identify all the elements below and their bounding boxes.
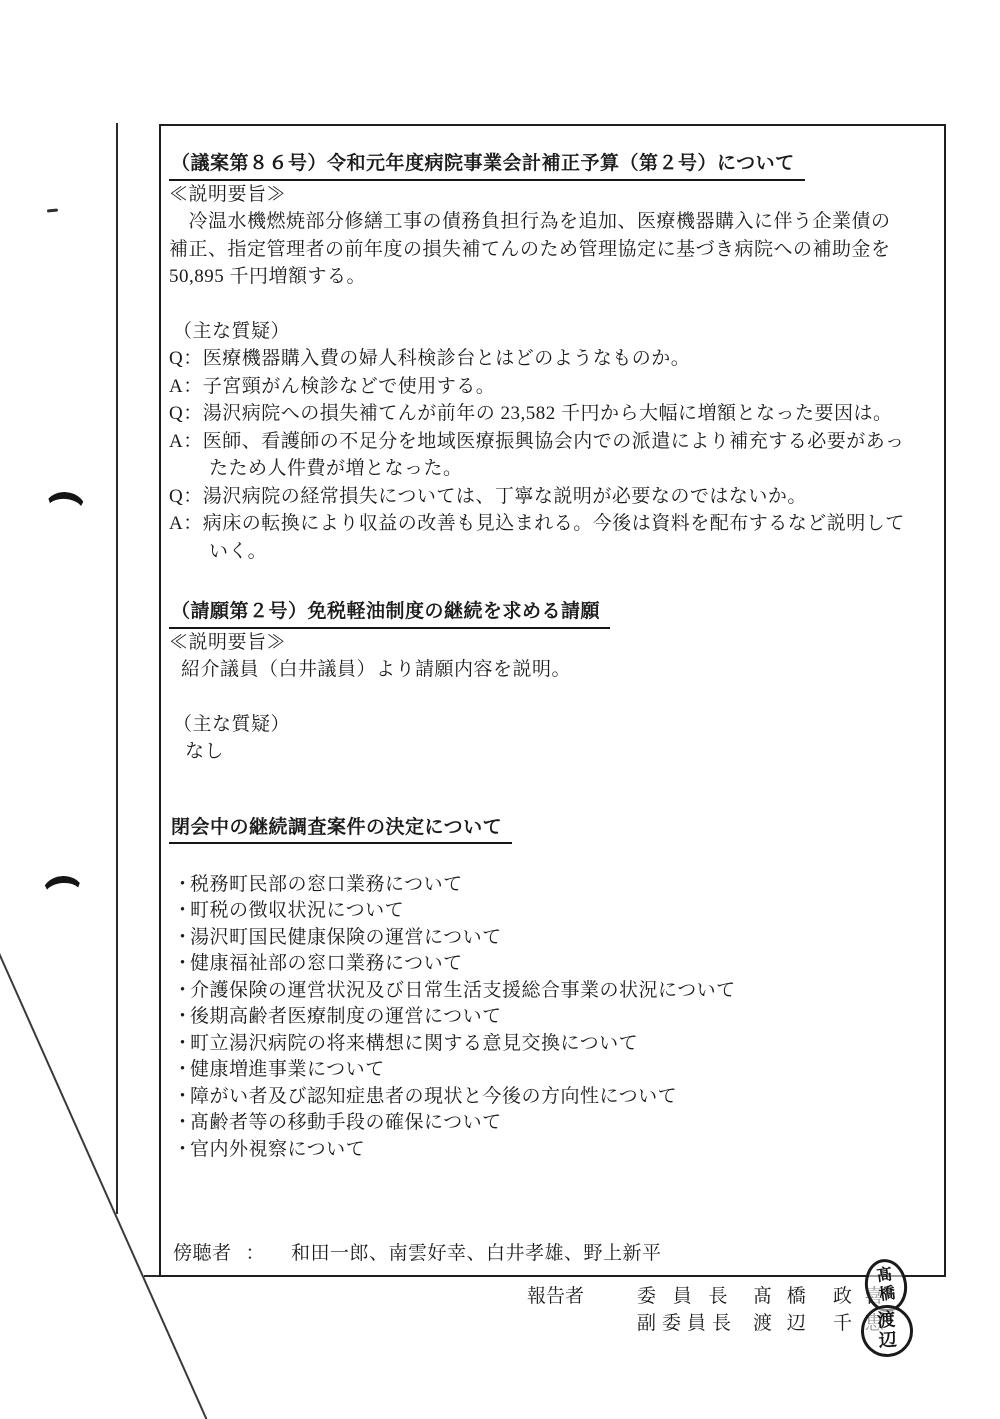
bullet-glyph: ・ (173, 978, 190, 1005)
qa-label: A： (169, 513, 203, 534)
bullet-glyph: ・ (173, 1057, 190, 1084)
bullet-glyph: ・ (173, 1004, 190, 1031)
observers-label: 傍聴者 (173, 1243, 232, 1264)
proposal-summary-line: 冷温水機燃焼部分修繕工事の債務負担行為を追加、医療機器購入に伴う企業債の (169, 208, 938, 236)
bullet-glyph: ・ (173, 925, 190, 952)
bullet-glyph: ・ (173, 1110, 190, 1137)
qa-answer-continued: いく。 (169, 538, 938, 566)
proposal-title: （議案第８６号）令和元年度病院事業会計補正予算（第２号）について (169, 150, 938, 181)
qa-answer: A：子宮頸がん検診などで使用する。 (169, 373, 938, 401)
bullet-glyph: ・ (173, 1031, 190, 1058)
proposal-qa-heading: （主な質疑） (169, 318, 938, 346)
bullet-glyph: ・ (173, 898, 190, 925)
qa-text: 医師、看護師の不足分を地域医療振興協会内での派遣により補充する必要があっ (203, 431, 905, 452)
petition-qa-none: なし (169, 738, 938, 766)
qa-text: 病床の転換により収益の改善も見込まれる。今後は資料を配布するなど説明して (203, 513, 905, 534)
petition-summary-heading: ≪説明要旨≫ (169, 629, 938, 657)
petition-title-text: （請願第２号）免税軽油制度の継続を求める請願 (169, 598, 610, 629)
petition-summary: 紹介議員（白井議員）より請願内容を説明。 (169, 656, 938, 684)
qa-label: Q： (169, 403, 203, 424)
observers-row: 傍聴者：和田一郎、南雲好幸、白井孝雄、野上新平 (169, 1240, 938, 1268)
list-item: ・町税の徴収状況について (169, 898, 938, 925)
punch-hole-mark (43, 490, 88, 530)
qa-text: 湯沢病院への損失補てんが前年の 23,582 千円から大幅に増額となった要因は。 (203, 403, 893, 424)
continuing-title: 閉会中の継続調査案件の決定について (169, 814, 938, 845)
list-item-text: 髙齢者等の移動手段の確保について (190, 1112, 502, 1133)
chair-title: 委 員 長 (637, 1283, 734, 1310)
list-item-text: 官内外視察について (190, 1139, 365, 1160)
punch-hole-mark (41, 875, 85, 914)
proposal-title-text: （議案第８６号）令和元年度病院事業会計補正予算（第２号）について (169, 150, 805, 181)
continuing-items-list: ・税務町民部の窓口業務について ・町税の徴収状況について ・湯沢町国民健康保険の… (169, 872, 938, 1164)
list-item-text: 湯沢町国民健康保険の運営について (190, 927, 502, 948)
vice-chair-title: 副委員長 (637, 1310, 737, 1337)
qa-question: Q：湯沢病院への損失補てんが前年の 23,582 千円から大幅に増額となった要因… (169, 400, 938, 428)
vice-chair-surname: 渡 辺 (753, 1310, 811, 1337)
qa-text: 湯沢病院の経常損失については、丁寧な説明が必要なのではないか。 (203, 486, 807, 507)
left-margin-rule (116, 123, 118, 1214)
qa-label: Q： (169, 348, 203, 369)
reporter-label: 報告者 (527, 1283, 584, 1310)
qa-label: A： (169, 431, 203, 452)
bullet-glyph: ・ (173, 951, 190, 978)
qa-question: Q：医療機器購入費の婦人科検診台とはどのようなものか。 (169, 345, 938, 373)
observers-names: 和田一郎、南雲好幸、白井孝雄、野上新平 (291, 1243, 662, 1264)
qa-text: 子宮頸がん検診などで使用する。 (203, 376, 496, 397)
petition-qa-heading: （主な質疑） (169, 711, 938, 739)
seal-char-top: 髙 (876, 1266, 894, 1286)
bullet-glyph: ・ (173, 1084, 190, 1111)
list-item: ・健康福祉部の窓口業務について (169, 951, 938, 978)
seal-char-bottom: 辺 (878, 1330, 897, 1351)
list-item: ・健康増進事業について (169, 1057, 938, 1084)
scanned-document-page: { "proposal": { "title": "（議案第８６号）令和元年度病… (0, 0, 1000, 1419)
chair-surname: 髙 橋 (753, 1283, 811, 1310)
list-item: ・後期高齢者医療制度の運営について (169, 1004, 938, 1031)
bullet-glyph: ・ (173, 1137, 190, 1164)
list-item: ・障がい者及び認知症患者の現状と今後の方向性について (169, 1084, 938, 1111)
qa-label: Q： (169, 486, 203, 507)
report-box: （議案第８６号）令和元年度病院事業会計補正予算（第２号）について ≪説明要旨≫ … (159, 124, 946, 1277)
qa-answer-continued: たため人件費が増となった。 (169, 455, 938, 483)
qa-answer: A：医師、看護師の不足分を地域医療振興協会内での派遣により補充する必要があっ (169, 428, 938, 456)
proposal-summary-line: 50,895 千円増額する。 (169, 263, 938, 291)
list-item-text: 健康福祉部の窓口業務について (190, 953, 463, 974)
proposal-summary-line: 補正、指定管理者の前年度の損失補てんのため管理協定に基づき病院への補助金を (169, 236, 938, 264)
list-item-text: 健康増進事業について (190, 1059, 385, 1080)
list-item: ・髙齢者等の移動手段の確保について (169, 1110, 938, 1137)
list-item: ・町立湯沢病院の将来構想に関する意見交換について (169, 1031, 938, 1058)
bullet-glyph: ・ (173, 872, 190, 899)
list-item-text: 町税の徴収状況について (190, 900, 404, 921)
qa-label: A： (169, 376, 203, 397)
list-item: ・湯沢町国民健康保険の運営について (169, 925, 938, 952)
qa-text: 医療機器購入費の婦人科検診台とはどのようなものか。 (203, 348, 691, 369)
seal-char-bottom: 橋 (878, 1284, 896, 1304)
seal-char-top: 渡 (877, 1311, 896, 1332)
proposal-summary-heading: ≪説明要旨≫ (169, 181, 938, 209)
petition-title: （請願第２号）免税軽油制度の継続を求める請願 (169, 598, 938, 629)
list-item-text: 税務町民部の窓口業務について (190, 874, 463, 895)
continuing-title-text: 閉会中の継続調査案件の決定について (169, 814, 512, 845)
list-item: ・介護保険の運営状況及び日常生活支援総合事業の状況について (169, 978, 938, 1005)
qa-question: Q：湯沢病院の経常損失については、丁寧な説明が必要なのではないか。 (169, 483, 938, 511)
list-item-text: 障がい者及び認知症患者の現状と今後の方向性について (190, 1086, 677, 1107)
list-item: ・税務町民部の窓口業務について (169, 872, 938, 899)
list-item-text: 後期高齢者医療制度の運営について (190, 1006, 502, 1027)
observers-separator: ： (246, 1243, 266, 1264)
list-item: ・官内外視察について (169, 1137, 938, 1164)
scan-dash-artifact (47, 208, 58, 212)
list-item-text: 介護保険の運営状況及び日常生活支援総合事業の状況について (190, 980, 736, 1001)
qa-answer: A：病床の転換により収益の改善も見込まれる。今後は資料を配布するなど説明して (169, 510, 938, 538)
list-item-text: 町立湯沢病院の将来構想に関する意見交換について (190, 1033, 638, 1054)
